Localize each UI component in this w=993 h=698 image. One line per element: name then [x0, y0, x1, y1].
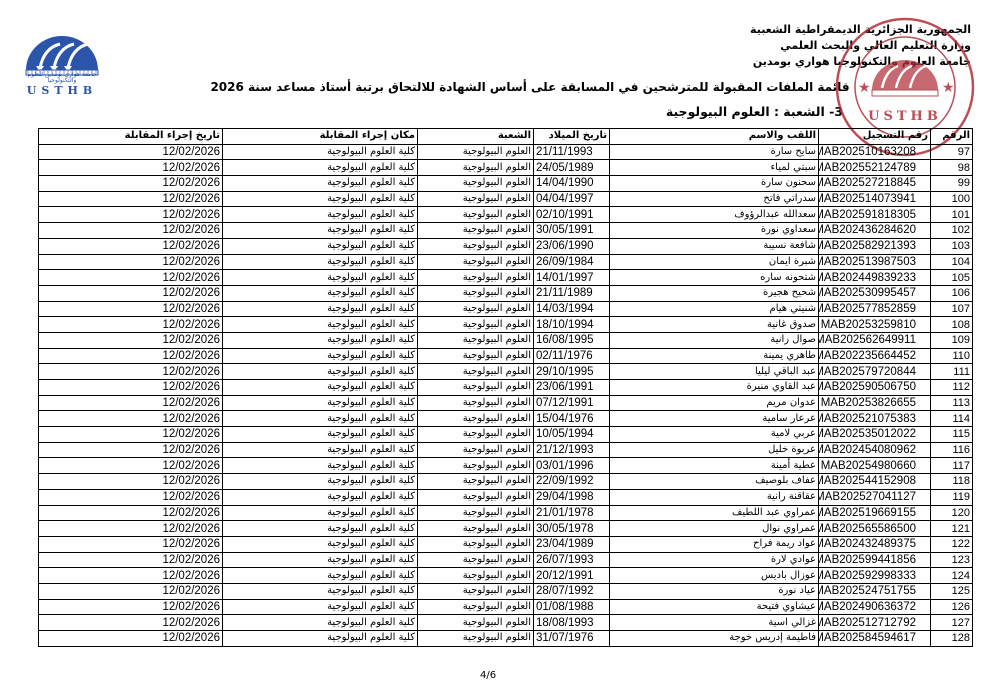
- specialty: العلوم البيولوجية: [418, 536, 534, 552]
- candidate-name: عفاف بلوصيف: [610, 474, 819, 490]
- interview-date: 12/02/2026: [39, 583, 223, 599]
- table-row: 117MAB20254980660عطية أمينة03/01/1996الع…: [39, 458, 973, 474]
- row-number: 117: [931, 458, 973, 474]
- birth-date: 29/04/1998: [534, 489, 610, 505]
- table-row: 101MAB202591818305سعدالله عبدالرؤوف02/10…: [39, 207, 973, 223]
- interview-place: كلية العلوم البيولوجية: [223, 631, 418, 647]
- candidate-name: عربي لامية: [610, 427, 819, 443]
- interview-place: كلية العلوم البيولوجية: [223, 380, 418, 396]
- birth-date: 26/09/1984: [534, 254, 610, 270]
- table-row: 120MAB202519669155عمراوي عبد اللطيف21/01…: [39, 505, 973, 521]
- row-number: 126: [931, 599, 973, 615]
- col-registration-header: رقم التسجيل: [819, 129, 931, 145]
- birth-date: 21/11/1993: [534, 144, 610, 160]
- specialty-subtitle: 3- الشعبة : العلوم البيولوجية: [666, 104, 843, 119]
- interview-place: كلية العلوم البيولوجية: [223, 505, 418, 521]
- interview-date-value: 12/02/2026: [39, 443, 220, 457]
- interview-place: كلية العلوم البيولوجية: [223, 160, 418, 176]
- ministry-line: وزارة التعليم العالي والبحث العلمي: [750, 38, 971, 54]
- candidate-name: سدراتي فاتح: [610, 191, 819, 207]
- table-row: 98MAB202552124789سبتي لمياء24/05/1989الع…: [39, 160, 973, 176]
- interview-date: 12/02/2026: [39, 568, 223, 584]
- candidate-name: عرعار سامية: [610, 411, 819, 427]
- specialty: العلوم البيولوجية: [418, 615, 534, 631]
- registration-number: MAB202599441856: [819, 552, 931, 568]
- table-row: 114MAB202521075383عرعار سامية15/04/1976ا…: [39, 411, 973, 427]
- interview-date: 12/02/2026: [39, 505, 223, 521]
- table-row: 128MAB202584594617فاطيمة إدريس خوجة31/07…: [39, 631, 973, 647]
- registration-number: MAB202436284620: [819, 223, 931, 239]
- candidate-name: سعدالله عبدالرؤوف: [610, 207, 819, 223]
- interview-date-value: 12/02/2026: [39, 192, 220, 206]
- registration-number: MAB202449839233: [819, 270, 931, 286]
- interview-date: 12/02/2026: [39, 332, 223, 348]
- interview-place: كلية العلوم البيولوجية: [223, 270, 418, 286]
- interview-date: 12/02/2026: [39, 380, 223, 396]
- specialty: العلوم البيولوجية: [418, 285, 534, 301]
- specialty: العلوم البيولوجية: [418, 270, 534, 286]
- interview-date: 12/02/2026: [39, 191, 223, 207]
- registration-number: MAB20253259810: [819, 317, 931, 333]
- interview-date-value: 12/02/2026: [39, 396, 220, 410]
- col-birthdate-header: تاريخ الميلاد: [534, 129, 610, 145]
- interview-date: 12/02/2026: [39, 599, 223, 615]
- specialty: العلوم البيولوجية: [418, 474, 534, 490]
- candidate-name: شحيح هجيرة: [610, 285, 819, 301]
- table-row: 109MAB202562649911صوال رانية16/08/1995ال…: [39, 332, 973, 348]
- row-number: 124: [931, 568, 973, 584]
- table-row: 113MAB20253826655عدوان مريم07/12/1991الع…: [39, 395, 973, 411]
- interview-date: 12/02/2026: [39, 474, 223, 490]
- specialty: العلوم البيولوجية: [418, 160, 534, 176]
- candidate-name: غزالي اسية: [610, 615, 819, 631]
- row-number: 128: [931, 631, 973, 647]
- candidate-name: شتحونه ساره: [610, 270, 819, 286]
- table-row: 122MAB202432489375عواد ريمة فراح23/04/19…: [39, 536, 973, 552]
- specialty: العلوم البيولوجية: [418, 207, 534, 223]
- birth-date: 10/05/1994: [534, 427, 610, 443]
- registration-number: MAB202592998333: [819, 568, 931, 584]
- specialty: العلوم البيولوجية: [418, 380, 534, 396]
- registration-number: MAB202454080962: [819, 442, 931, 458]
- interview-date-value: 12/02/2026: [39, 318, 220, 332]
- interview-date: 12/02/2026: [39, 521, 223, 537]
- interview-place: كلية العلوم البيولوجية: [223, 552, 418, 568]
- table-row: 123MAB202599441856عوادي لارة26/07/1993ال…: [39, 552, 973, 568]
- registration-number: MAB202579720844: [819, 364, 931, 380]
- candidate-name: عبد القاوي منيرة: [610, 380, 819, 396]
- row-number: 108: [931, 317, 973, 333]
- table-row: 99MAB202527218845سحنون سارة14/04/1990الع…: [39, 176, 973, 192]
- interview-place: كلية العلوم البيولوجية: [223, 583, 418, 599]
- table-row: 105MAB202449839233شتحونه ساره14/01/1997ا…: [39, 270, 973, 286]
- specialty: العلوم البيولوجية: [418, 348, 534, 364]
- table-row: 100MAB202514073941سدراتي فاتح04/04/1997ا…: [39, 191, 973, 207]
- candidate-name: عقاقنة رانية: [610, 489, 819, 505]
- row-number: 121: [931, 521, 973, 537]
- registration-number: MAB202544152908: [819, 474, 931, 490]
- specialty: العلوم البيولوجية: [418, 332, 534, 348]
- interview-date-value: 12/02/2026: [39, 616, 220, 630]
- candidate-name: صدوق غانية: [610, 317, 819, 333]
- candidate-name: عمراوي عبد اللطيف: [610, 505, 819, 521]
- birth-date: 26/07/1993: [534, 552, 610, 568]
- candidate-name: عطية أمينة: [610, 458, 819, 474]
- candidate-name: عدوان مريم: [610, 395, 819, 411]
- interview-date-value: 12/02/2026: [39, 584, 220, 598]
- birth-date: 01/08/1988: [534, 599, 610, 615]
- table-row: 119MAB202527041127عقاقنة رانية29/04/1998…: [39, 489, 973, 505]
- interview-date: 12/02/2026: [39, 223, 223, 239]
- candidate-name: عربوة خليل: [610, 442, 819, 458]
- birth-date: 18/08/1993: [534, 615, 610, 631]
- interview-place: كلية العلوم البيولوجية: [223, 395, 418, 411]
- interview-place: كلية العلوم البيولوجية: [223, 176, 418, 192]
- registration-number: MAB202577852859: [819, 301, 931, 317]
- registration-number: MAB202591818305: [819, 207, 931, 223]
- interview-date: 12/02/2026: [39, 489, 223, 505]
- interview-place: كلية العلوم البيولوجية: [223, 536, 418, 552]
- interview-date-value: 12/02/2026: [39, 490, 220, 504]
- specialty: العلوم البيولوجية: [418, 364, 534, 380]
- table-row: 112MAB202590506750عبد القاوي منيرة23/06/…: [39, 380, 973, 396]
- birth-date: 23/06/1990: [534, 238, 610, 254]
- row-number: 100: [931, 191, 973, 207]
- specialty: العلوم البيولوجية: [418, 238, 534, 254]
- table-row: 102MAB202436284620سعداوي نورة30/05/1991ا…: [39, 223, 973, 239]
- birth-date: 23/06/1991: [534, 380, 610, 396]
- row-number: 116: [931, 442, 973, 458]
- republic-line: الجمهورية الجزائرية الديمقراطية الشعبية: [750, 22, 971, 38]
- table-row: 115MAB202535012022عربي لامية10/05/1994ال…: [39, 427, 973, 443]
- row-number: 101: [931, 207, 973, 223]
- interview-date: 12/02/2026: [39, 348, 223, 364]
- interview-date-value: 12/02/2026: [39, 506, 220, 520]
- registration-number: MAB202524751755: [819, 583, 931, 599]
- col-interview-place-header: مكان إجراء المقابلة: [223, 129, 418, 145]
- specialty: العلوم البيولوجية: [418, 583, 534, 599]
- interview-place: كلية العلوم البيولوجية: [223, 442, 418, 458]
- interview-place: كلية العلوم البيولوجية: [223, 474, 418, 490]
- birth-date: 30/05/1978: [534, 521, 610, 537]
- interview-date: 12/02/2026: [39, 552, 223, 568]
- col-interview-date-header: تاريخ إجراء المقابلة: [39, 129, 223, 145]
- registration-number: MAB202530995457: [819, 285, 931, 301]
- svg-text:★: ★: [942, 80, 955, 96]
- interview-place: كلية العلوم البيولوجية: [223, 568, 418, 584]
- registration-number: MAB202432489375: [819, 536, 931, 552]
- interview-date-value: 12/02/2026: [39, 474, 220, 488]
- interview-place: كلية العلوم البيولوجية: [223, 207, 418, 223]
- ministry-header: الجمهورية الجزائرية الديمقراطية الشعبية …: [750, 22, 971, 70]
- interview-date-value: 12/02/2026: [39, 380, 220, 394]
- interview-date-value: 12/02/2026: [39, 537, 220, 551]
- interview-date-value: 12/02/2026: [39, 427, 220, 441]
- specialty: العلوم البيولوجية: [418, 552, 534, 568]
- registration-number: MAB202512712792: [819, 615, 931, 631]
- interview-date: 12/02/2026: [39, 160, 223, 176]
- registration-number: MAB202510163208: [819, 144, 931, 160]
- logo-arabic-text: جامعة هواري بومدين للعلوم والتكنولوجيا: [18, 72, 106, 84]
- interview-place: كلية العلوم البيولوجية: [223, 238, 418, 254]
- interview-date-value: 12/02/2026: [39, 412, 220, 426]
- specialty: العلوم البيولوجية: [418, 317, 534, 333]
- interview-date-value: 12/02/2026: [39, 255, 220, 269]
- registration-number: MAB202562649911: [819, 332, 931, 348]
- interview-place: كلية العلوم البيولوجية: [223, 191, 418, 207]
- birth-date: 02/11/1976: [534, 348, 610, 364]
- table-header-row: الرقم رقم التسجيل اللقب والاسم تاريخ الم…: [39, 129, 973, 145]
- interview-date-value: 12/02/2026: [39, 286, 220, 300]
- birth-date: 24/05/1989: [534, 160, 610, 176]
- registration-number: MAB20253826655: [819, 395, 931, 411]
- interview-date-value: 12/02/2026: [39, 631, 220, 645]
- birth-date: 18/10/1994: [534, 317, 610, 333]
- table-row: 103MAB202582921393شافعة نسيبة23/06/1990ا…: [39, 238, 973, 254]
- logo-text: USTHB: [18, 84, 106, 97]
- row-number: 118: [931, 474, 973, 490]
- specialty: العلوم البيولوجية: [418, 144, 534, 160]
- registration-number: MAB202590506750: [819, 380, 931, 396]
- candidate-name: شنيتي هيام: [610, 301, 819, 317]
- specialty: العلوم البيولوجية: [418, 176, 534, 192]
- col-specialty-header: الشعبة: [418, 129, 534, 145]
- interview-place: كلية العلوم البيولوجية: [223, 332, 418, 348]
- interview-date: 12/02/2026: [39, 176, 223, 192]
- registration-number: MAB20254980660: [819, 458, 931, 474]
- interview-place: كلية العلوم البيولوجية: [223, 364, 418, 380]
- registration-number: MAB202490636372: [819, 599, 931, 615]
- interview-date: 12/02/2026: [39, 536, 223, 552]
- registration-number: MAB202527218845: [819, 176, 931, 192]
- candidate-name: عوادي لارة: [610, 552, 819, 568]
- row-number: 109: [931, 332, 973, 348]
- specialty: العلوم البيولوجية: [418, 505, 534, 521]
- table-row: 104MAB202513987503شبرة ايمان26/09/1984ال…: [39, 254, 973, 270]
- interview-date: 12/02/2026: [39, 631, 223, 647]
- birth-date: 02/10/1991: [534, 207, 610, 223]
- row-number: 127: [931, 615, 973, 631]
- table-row: 121MAB202565586500عمراوي نوال30/05/1978ا…: [39, 521, 973, 537]
- table-row: 118MAB202544152908عفاف بلوصيف22/09/1992ا…: [39, 474, 973, 490]
- specialty: العلوم البيولوجية: [418, 521, 534, 537]
- row-number: 115: [931, 427, 973, 443]
- registration-number: MAB202235664452: [819, 348, 931, 364]
- table-row: 111MAB202579720844عبد الباقي ليليا29/10/…: [39, 364, 973, 380]
- candidate-name: عياد نورة: [610, 583, 819, 599]
- candidate-name: صوال رانية: [610, 332, 819, 348]
- interview-date: 12/02/2026: [39, 395, 223, 411]
- row-number: 99: [931, 176, 973, 192]
- registration-number: MAB202535012022: [819, 427, 931, 443]
- birth-date: 30/05/1991: [534, 223, 610, 239]
- row-number: 103: [931, 238, 973, 254]
- birth-date: 22/09/1992: [534, 474, 610, 490]
- interview-date: 12/02/2026: [39, 144, 223, 160]
- candidate-name: عيشاوي فتيحة: [610, 599, 819, 615]
- birth-date: 15/04/1976: [534, 411, 610, 427]
- birth-date: 14/04/1990: [534, 176, 610, 192]
- interview-place: كلية العلوم البيولوجية: [223, 348, 418, 364]
- interview-date-value: 12/02/2026: [39, 145, 220, 159]
- row-number: 102: [931, 223, 973, 239]
- interview-place: كلية العلوم البيولوجية: [223, 254, 418, 270]
- registration-number: MAB202582921393: [819, 238, 931, 254]
- birth-date: 31/07/1976: [534, 631, 610, 647]
- interview-date-value: 12/02/2026: [39, 161, 220, 175]
- interview-place: كلية العلوم البيولوجية: [223, 301, 418, 317]
- interview-date-value: 12/02/2026: [39, 600, 220, 614]
- registration-number: MAB202565586500: [819, 521, 931, 537]
- table-row: 126MAB202490636372عيشاوي فتيحة01/08/1988…: [39, 599, 973, 615]
- birth-date: 07/12/1991: [534, 395, 610, 411]
- row-number: 107: [931, 301, 973, 317]
- interview-date: 12/02/2026: [39, 458, 223, 474]
- table-row: 124MAB202592998333عوزال باديس20/12/1991ا…: [39, 568, 973, 584]
- birth-date: 21/01/1978: [534, 505, 610, 521]
- birth-date: 21/11/1989: [534, 285, 610, 301]
- interview-date-value: 12/02/2026: [39, 208, 220, 222]
- interview-date-value: 12/02/2026: [39, 349, 220, 363]
- specialty: العلوم البيولوجية: [418, 223, 534, 239]
- interview-date: 12/02/2026: [39, 238, 223, 254]
- interview-date-value: 12/02/2026: [39, 302, 220, 316]
- birth-date: 16/08/1995: [534, 332, 610, 348]
- candidate-name: عمراوي نوال: [610, 521, 819, 537]
- interview-date: 12/02/2026: [39, 442, 223, 458]
- specialty: العلوم البيولوجية: [418, 427, 534, 443]
- specialty: العلوم البيولوجية: [418, 301, 534, 317]
- row-number: 120: [931, 505, 973, 521]
- table-row: 107MAB202577852859شنيتي هيام14/03/1994ال…: [39, 301, 973, 317]
- row-number: 111: [931, 364, 973, 380]
- interview-place: كلية العلوم البيولوجية: [223, 427, 418, 443]
- interview-date: 12/02/2026: [39, 207, 223, 223]
- interview-place: كلية العلوم البيولوجية: [223, 317, 418, 333]
- candidate-name: عوزال باديس: [610, 568, 819, 584]
- interview-place: كلية العلوم البيولوجية: [223, 615, 418, 631]
- col-name-header: اللقب والاسم: [610, 129, 819, 145]
- row-number: 104: [931, 254, 973, 270]
- interview-place: كلية العلوم البيولوجية: [223, 489, 418, 505]
- candidate-name: فاطيمة إدريس خوجة: [610, 631, 819, 647]
- candidate-name: طاهري يمينة: [610, 348, 819, 364]
- row-number: 123: [931, 552, 973, 568]
- table-row: 127MAB202512712792غزالي اسية18/08/1993ال…: [39, 615, 973, 631]
- interview-date-value: 12/02/2026: [39, 176, 220, 190]
- specialty: العلوم البيولوجية: [418, 489, 534, 505]
- birth-date: 14/03/1994: [534, 301, 610, 317]
- registration-number: MAB202527041127: [819, 489, 931, 505]
- specialty: العلوم البيولوجية: [418, 191, 534, 207]
- table-row: 125MAB202524751755عياد نورة28/07/1992الع…: [39, 583, 973, 599]
- row-number: 105: [931, 270, 973, 286]
- col-number-header: الرقم: [931, 129, 973, 145]
- candidates-table: الرقم رقم التسجيل اللقب والاسم تاريخ الم…: [38, 128, 973, 647]
- row-number: 113: [931, 395, 973, 411]
- interview-date: 12/02/2026: [39, 411, 223, 427]
- specialty: العلوم البيولوجية: [418, 568, 534, 584]
- row-number: 119: [931, 489, 973, 505]
- candidate-name: عواد ريمة فراح: [610, 536, 819, 552]
- candidate-name: سبتي لمياء: [610, 160, 819, 176]
- specialty: العلوم البيولوجية: [418, 254, 534, 270]
- registration-number: MAB202519669155: [819, 505, 931, 521]
- birth-date: 21/12/1993: [534, 442, 610, 458]
- candidate-name: سايح سارة: [610, 144, 819, 160]
- interview-date-value: 12/02/2026: [39, 365, 220, 379]
- registration-number: MAB202521075383: [819, 411, 931, 427]
- interview-date-value: 12/02/2026: [39, 223, 220, 237]
- candidate-name: شافعة نسيبة: [610, 238, 819, 254]
- interview-date: 12/02/2026: [39, 270, 223, 286]
- candidate-name: شبرة ايمان: [610, 254, 819, 270]
- interview-date-value: 12/02/2026: [39, 522, 220, 536]
- interview-date-value: 12/02/2026: [39, 459, 220, 473]
- page-number: 4/6: [480, 670, 496, 681]
- registration-number: MAB202513987503: [819, 254, 931, 270]
- specialty: العلوم البيولوجية: [418, 411, 534, 427]
- specialty: العلوم البيولوجية: [418, 458, 534, 474]
- table-row: 108MAB20253259810صدوق غانية18/10/1994الع…: [39, 317, 973, 333]
- candidate-name: سعداوي نورة: [610, 223, 819, 239]
- row-number: 106: [931, 285, 973, 301]
- interview-date: 12/02/2026: [39, 254, 223, 270]
- table-row: 110MAB202235664452طاهري يمينة02/11/1976ا…: [39, 348, 973, 364]
- interview-date-value: 12/02/2026: [39, 271, 220, 285]
- interview-date: 12/02/2026: [39, 615, 223, 631]
- row-number: 110: [931, 348, 973, 364]
- row-number: 98: [931, 160, 973, 176]
- interview-date: 12/02/2026: [39, 427, 223, 443]
- table-row: 116MAB202454080962عربوة خليل21/12/1993ال…: [39, 442, 973, 458]
- interview-place: كلية العلوم البيولوجية: [223, 411, 418, 427]
- birth-date: 29/10/1995: [534, 364, 610, 380]
- interview-date: 12/02/2026: [39, 285, 223, 301]
- interview-date: 12/02/2026: [39, 364, 223, 380]
- birth-date: 03/01/1996: [534, 458, 610, 474]
- interview-place: كلية العلوم البيولوجية: [223, 458, 418, 474]
- birth-date: 04/04/1997: [534, 191, 610, 207]
- row-number: 122: [931, 536, 973, 552]
- candidate-name: سحنون سارة: [610, 176, 819, 192]
- birth-date: 14/01/1997: [534, 270, 610, 286]
- interview-date-value: 12/02/2026: [39, 569, 220, 583]
- candidate-name: عبد الباقي ليليا: [610, 364, 819, 380]
- table-row: 106MAB202530995457شحيح هجيرة21/11/1989ال…: [39, 285, 973, 301]
- birth-date: 23/04/1989: [534, 536, 610, 552]
- row-number: 97: [931, 144, 973, 160]
- row-number: 114: [931, 411, 973, 427]
- interview-date-value: 12/02/2026: [39, 553, 220, 567]
- university-line: جامعة العلوم والتكنولوجيا هواري بومدين: [750, 54, 971, 70]
- specialty: العلوم البيولوجية: [418, 599, 534, 615]
- interview-date-value: 12/02/2026: [39, 333, 220, 347]
- interview-place: كلية العلوم البيولوجية: [223, 521, 418, 537]
- specialty: العلوم البيولوجية: [418, 631, 534, 647]
- interview-date-value: 12/02/2026: [39, 239, 220, 253]
- svg-text:USTHB: USTHB: [868, 109, 942, 124]
- page-title: قائمة الملفات المقبولة للمترشحين في المس…: [180, 80, 880, 94]
- registration-number: MAB202552124789: [819, 160, 931, 176]
- birth-date: 28/07/1992: [534, 583, 610, 599]
- registration-number: MAB202514073941: [819, 191, 931, 207]
- interview-place: كلية العلوم البيولوجية: [223, 285, 418, 301]
- row-number: 112: [931, 380, 973, 396]
- table-row: 97MAB202510163208سايح سارة21/11/1993العل…: [39, 144, 973, 160]
- birth-date: 20/12/1991: [534, 568, 610, 584]
- interview-place: كلية العلوم البيولوجية: [223, 599, 418, 615]
